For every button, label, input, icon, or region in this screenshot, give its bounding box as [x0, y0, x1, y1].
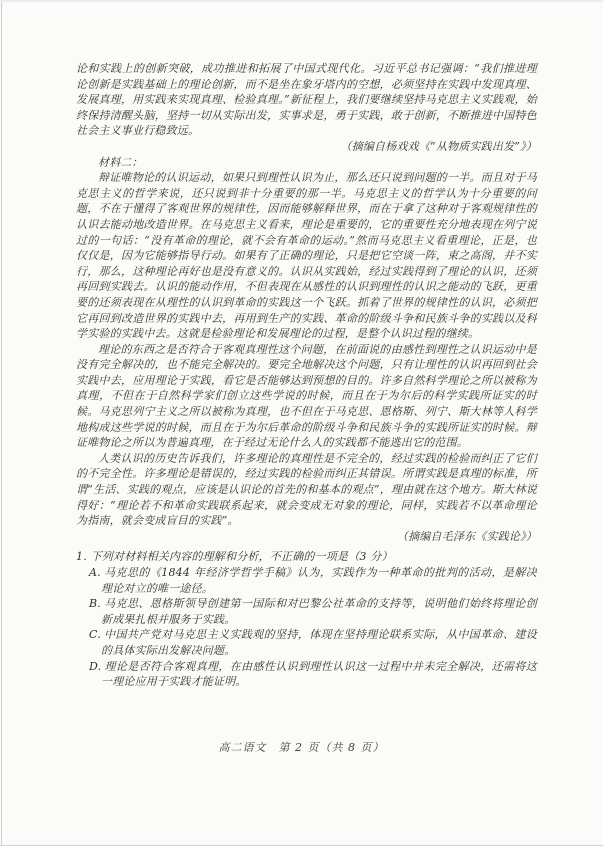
page-body-text: 论和实践上的创新突破，成功推进和拓展了中国式现代化。习近平总书记强调：“我们推进…	[76, 61, 537, 690]
question-1-option-c: C.中国共产党对马克思主义实践观的坚持，体现在坚持理论联系实际，从中国革命、建设…	[76, 627, 537, 658]
material-two-label: 材料二：	[76, 155, 537, 171]
material-one-attribution: （摘编自杨戏戏《“从物质实践出发”》）	[76, 139, 537, 155]
option-d-letter: D.	[89, 660, 101, 673]
option-c-letter: C.	[89, 628, 101, 641]
page-footer: 高二语文 第 2 页（共 8 页）	[0, 739, 603, 755]
option-a-letter: A.	[89, 566, 101, 579]
option-d-text: 理论是否符合客观真理，在由感性认识到理性认识这一过程中并未完全解决，还需将这一理…	[101, 660, 537, 689]
material-one-continuation-paragraph: 论和实践上的创新突破，成功推进和拓展了中国式现代化。习近平总书记强调：“我们推进…	[76, 61, 537, 139]
material-two-paragraph-1: 辩证唯物论的认识运动，如果只到理性认识为止，那么还只说到问题的一半。而且对于马克…	[76, 170, 537, 342]
option-b-letter: B.	[89, 597, 101, 610]
material-two-paragraph-2: 理论的东西之是否符合于客观真理性这个问题，在前面说的由感性到理性之认识运动中是没…	[76, 342, 537, 451]
question-1-option-a: A.马克思的《1844 年经济学哲学手稿》认为，实践作为一种革命的批判的活动，是…	[76, 565, 537, 596]
material-two-paragraph-3: 人类认识的历史告诉我们，许多理论的真理性是不完全的，经过实践的检验而纠正了它们的…	[76, 451, 537, 529]
exam-paper-page: 论和实践上的创新突破，成功推进和拓展了中国式现代化。习近平总书记强调：“我们推进…	[0, 0, 603, 846]
question-1: 1. 下列对材料相关内容的理解和分析，不正确的一项是（3 分） A.马克思的《1…	[76, 549, 537, 689]
question-1-option-d: D.理论是否符合客观真理，在由感性认识到理性认识这一过程中并未完全解决，还需将这…	[76, 659, 537, 690]
option-a-text: 马克思的《1844 年经济学哲学手稿》认为，实践作为一种革命的批判的活动，是解决…	[101, 566, 537, 595]
material-two-attribution: （摘编自毛泽东《实践论》）	[76, 529, 537, 545]
question-1-option-b: B.马克思、恩格斯领导创建第一国际和对巴黎公社革命的支持等，说明他们始终将理论创…	[76, 596, 537, 627]
question-1-stem: 1. 下列对材料相关内容的理解和分析，不正确的一项是（3 分）	[76, 549, 537, 565]
option-c-text: 中国共产党对马克思主义实践观的坚持，体现在坚持理论联系实际，从中国革命、建设的具…	[101, 628, 537, 657]
option-b-text: 马克思、恩格斯领导创建第一国际和对巴黎公社革命的支持等，说明他们始终将理论创新成…	[101, 597, 537, 626]
